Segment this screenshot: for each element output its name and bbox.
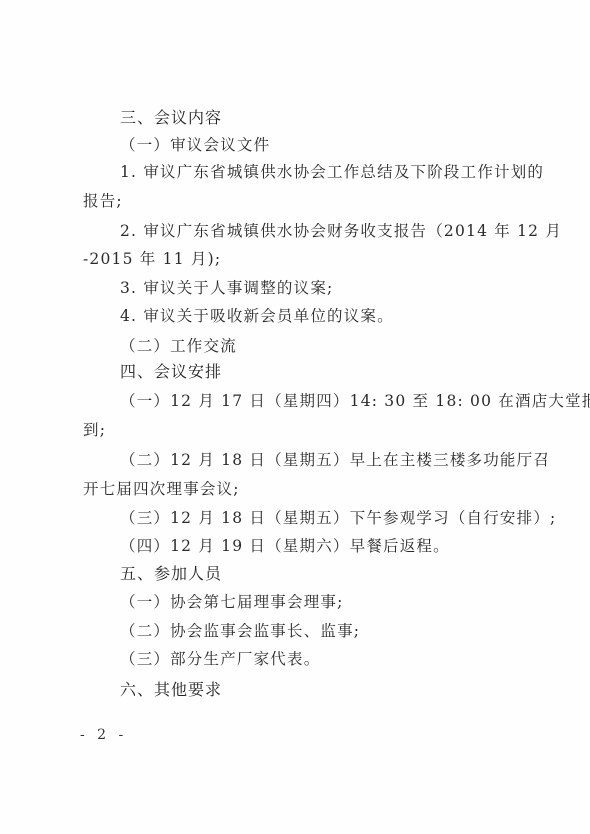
participant-2: （二）协会监事会监事长、监事; [120, 621, 554, 641]
section-heading-meeting-content: 三、会议内容 [120, 108, 554, 128]
item-3: 3. 审议关于人事调整的议案; [120, 278, 554, 298]
section-heading-meeting-arrangement: 四、会议安排 [120, 362, 554, 382]
subsection-work-exchange: （二）工作交流 [120, 336, 554, 356]
page-number: - 2 - [80, 727, 127, 743]
document-page: 三、会议内容 （一）审议会议文件 1. 审议广东省城镇供水协会工作总结及下阶段工… [0, 0, 590, 834]
subsection-review-documents: （一）审议会议文件 [120, 135, 554, 155]
item-2-line-1: 2. 审议广东省城镇供水协会财务收支报告（2014 年 12 月 [120, 221, 516, 241]
section-heading-other-requirements: 六、其他要求 [120, 680, 554, 700]
arrangement-3: （三）12 月 18 日（星期五）下午参观学习（自行安排）; [120, 508, 554, 528]
arrangement-2-line-1: （二）12 月 18 日（星期五）早上在主楼三楼多功能厅召 [120, 450, 516, 470]
item-1-line-1: 1. 审议广东省城镇供水协会工作总结及下阶段工作计划的 [120, 162, 516, 182]
section-heading-participants: 五、参加人员 [120, 564, 554, 584]
arrangement-4: （四）12 月 19 日（星期六）早餐后返程。 [120, 536, 554, 556]
participant-3: （三）部分生产厂家代表。 [120, 649, 554, 669]
item-4: 4. 审议关于吸收新会员单位的议案。 [120, 306, 554, 326]
arrangement-1-line-1: （一）12 月 17 日（星期四）14: 30 至 18: 00 在酒店大堂报 [120, 391, 516, 411]
arrangement-1-line-2: 到; [83, 420, 517, 440]
arrangement-2-line-2: 开七届四次理事会议; [83, 479, 517, 499]
item-2-line-2: -2015 年 11 月); [83, 249, 517, 269]
participant-1: （一）协会第七届理事会理事; [120, 592, 554, 612]
item-1-line-2: 报告; [83, 191, 517, 211]
